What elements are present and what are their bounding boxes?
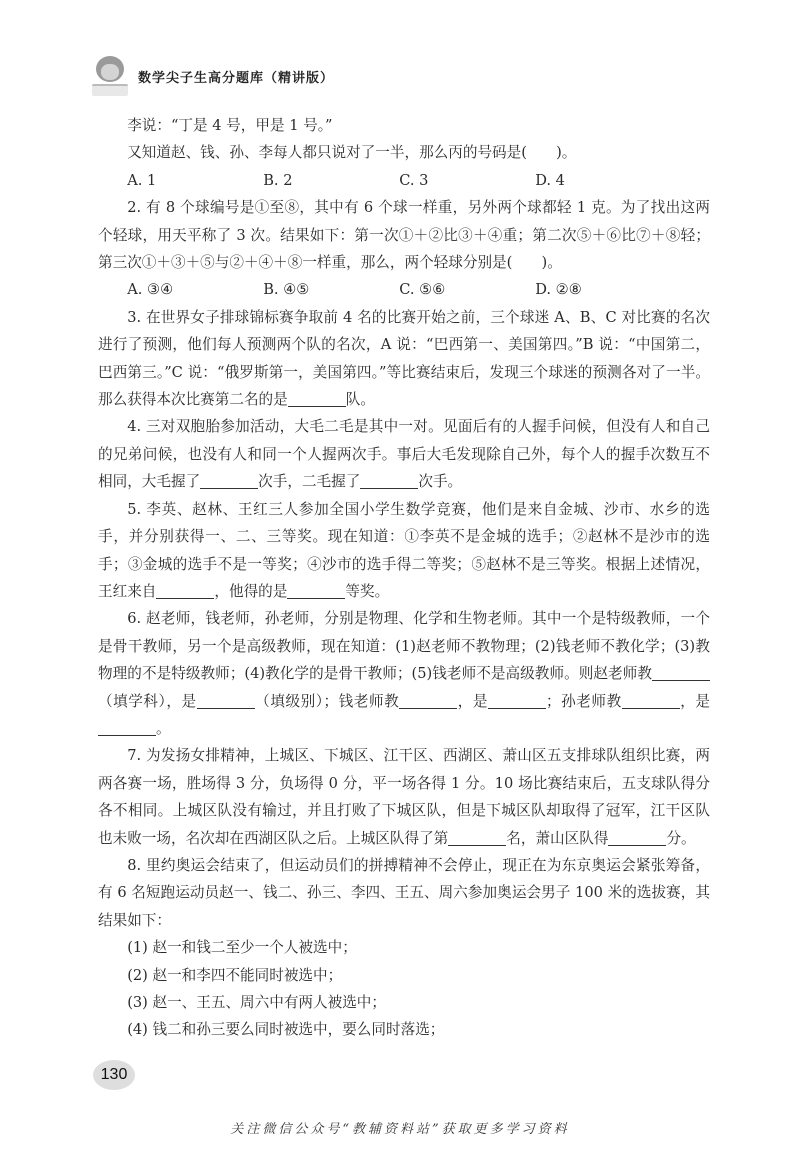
q6-tail: 。 [156,720,171,737]
q8-condition-4: (4) 钱二和孙三要么同时被选中，要么同时落选； [98,1016,710,1043]
q8-condition-3: (3) 赵一、王五、周六中有两人被选中； [98,989,710,1016]
footer-note: 关注微信公众号“教辅资料站”获取更多学习资料 [0,1118,800,1137]
q5-blank-1 [156,583,214,599]
q3-text: 3. 在世界女子排球锦标赛争取前 4 名的比赛开始之前，三个球迷 A、B、C 对… [98,309,710,408]
q3-tail: 队。 [346,391,375,408]
q2-text: 2. 有 8 个球编号是①至⑧，其中有 6 个球一样重，另外两个球都轻 1 克。… [98,194,710,276]
q5-tail: 等奖。 [345,583,389,600]
q6-part-3: ，是 [457,693,488,710]
q2-option-d: D. ②⑧ [535,276,671,303]
page-header: 数学尖子生高分题库（精讲版） [90,54,334,98]
mascot-reading-icon [90,54,130,98]
q6-blank-1 [652,666,710,682]
q6-part-2: （填级别）；钱老师教 [255,693,400,710]
q1-options: A. 1 B. 2 C. 3 D. 4 [98,167,710,194]
q1-option-a: A. 1 [127,167,263,194]
q6-blank-4 [488,693,546,709]
q4-blank-2 [360,474,418,490]
q2-option-a: A. ③④ [127,276,263,303]
q6-blank-6 [98,720,156,736]
q4: 4. 三对双胞胎参加活动，大毛二毛是其中一对。见面后有的人握手问候，但没有人和自… [98,413,710,495]
q4-mid: 次手，二毛握了 [258,473,360,490]
q4-tail: 次手。 [418,473,462,490]
q3-answer-blank [288,391,346,407]
q5-mid: ，他得的是 [214,583,287,600]
q1-option-d: D. 4 [535,167,671,194]
q1-statement-li: 李说：“丁是 4 号，甲是 1 号。” [98,112,710,139]
q6-part-5: ，是 [680,693,710,710]
q8-condition-2: (2) 赵一和李四不能同时被选中； [98,962,710,989]
q6-part-4: ；孙老师教 [546,693,622,710]
q8-text: 8. 里约奥运会结束了，但运动员们的拼搏精神不会停止，现正在为东京奥运会紧张筹备… [98,852,710,934]
q6-blank-2 [197,693,255,709]
q7-blank-1 [448,830,506,846]
q8-condition-1: (1) 赵一和钱二至少一个人被选中； [98,934,710,961]
q4-blank-1 [200,474,258,490]
q6-blank-5 [622,693,680,709]
q6-part-1: （填学科），是 [98,693,197,710]
q2-options: A. ③④ B. ④⑤ C. ⑤⑥ D. ②⑧ [98,276,710,303]
q1-question: 又知道赵、钱、孙、李每人都只说对了一半，那么丙的号码是( )。 [98,139,710,166]
q7: 7. 为发扬女排精神，上城区、下城区、江干区、西湖区、萧山区五支排球队组织比赛，… [98,742,710,852]
q1-option-b: B. 2 [263,167,399,194]
q7-mid: 名，萧山区队得 [506,830,608,847]
page-content: 李说：“丁是 4 号，甲是 1 号。” 又知道赵、钱、孙、李每人都只说对了一半，… [98,112,710,1044]
q2-option-b: B. ④⑤ [263,276,399,303]
q2-option-c: C. ⑤⑥ [399,276,535,303]
q5-blank-2 [287,583,345,599]
q6-blank-3 [399,693,457,709]
q7-tail: 分。 [666,830,695,847]
q7-blank-2 [608,830,666,846]
page-number: 130 [93,1060,135,1090]
q6: 6. 赵老师，钱老师，孙老师，分别是物理、化学和生物老师。其中一个是特级教师，一… [98,605,710,742]
q6-text: 6. 赵老师，钱老师，孙老师，分别是物理、化学和生物老师。其中一个是特级教师，一… [98,610,710,682]
book-title: 数学尖子生高分题库（精讲版） [138,67,334,86]
q1-option-c: C. 3 [399,167,535,194]
q3: 3. 在世界女子排球锦标赛争取前 4 名的比赛开始之前，三个球迷 A、B、C 对… [98,304,710,414]
q5: 5. 李英、赵林、王红三人参加全国小学生数学竞赛，他们是来自金城、沙市、水乡的选… [98,496,710,606]
